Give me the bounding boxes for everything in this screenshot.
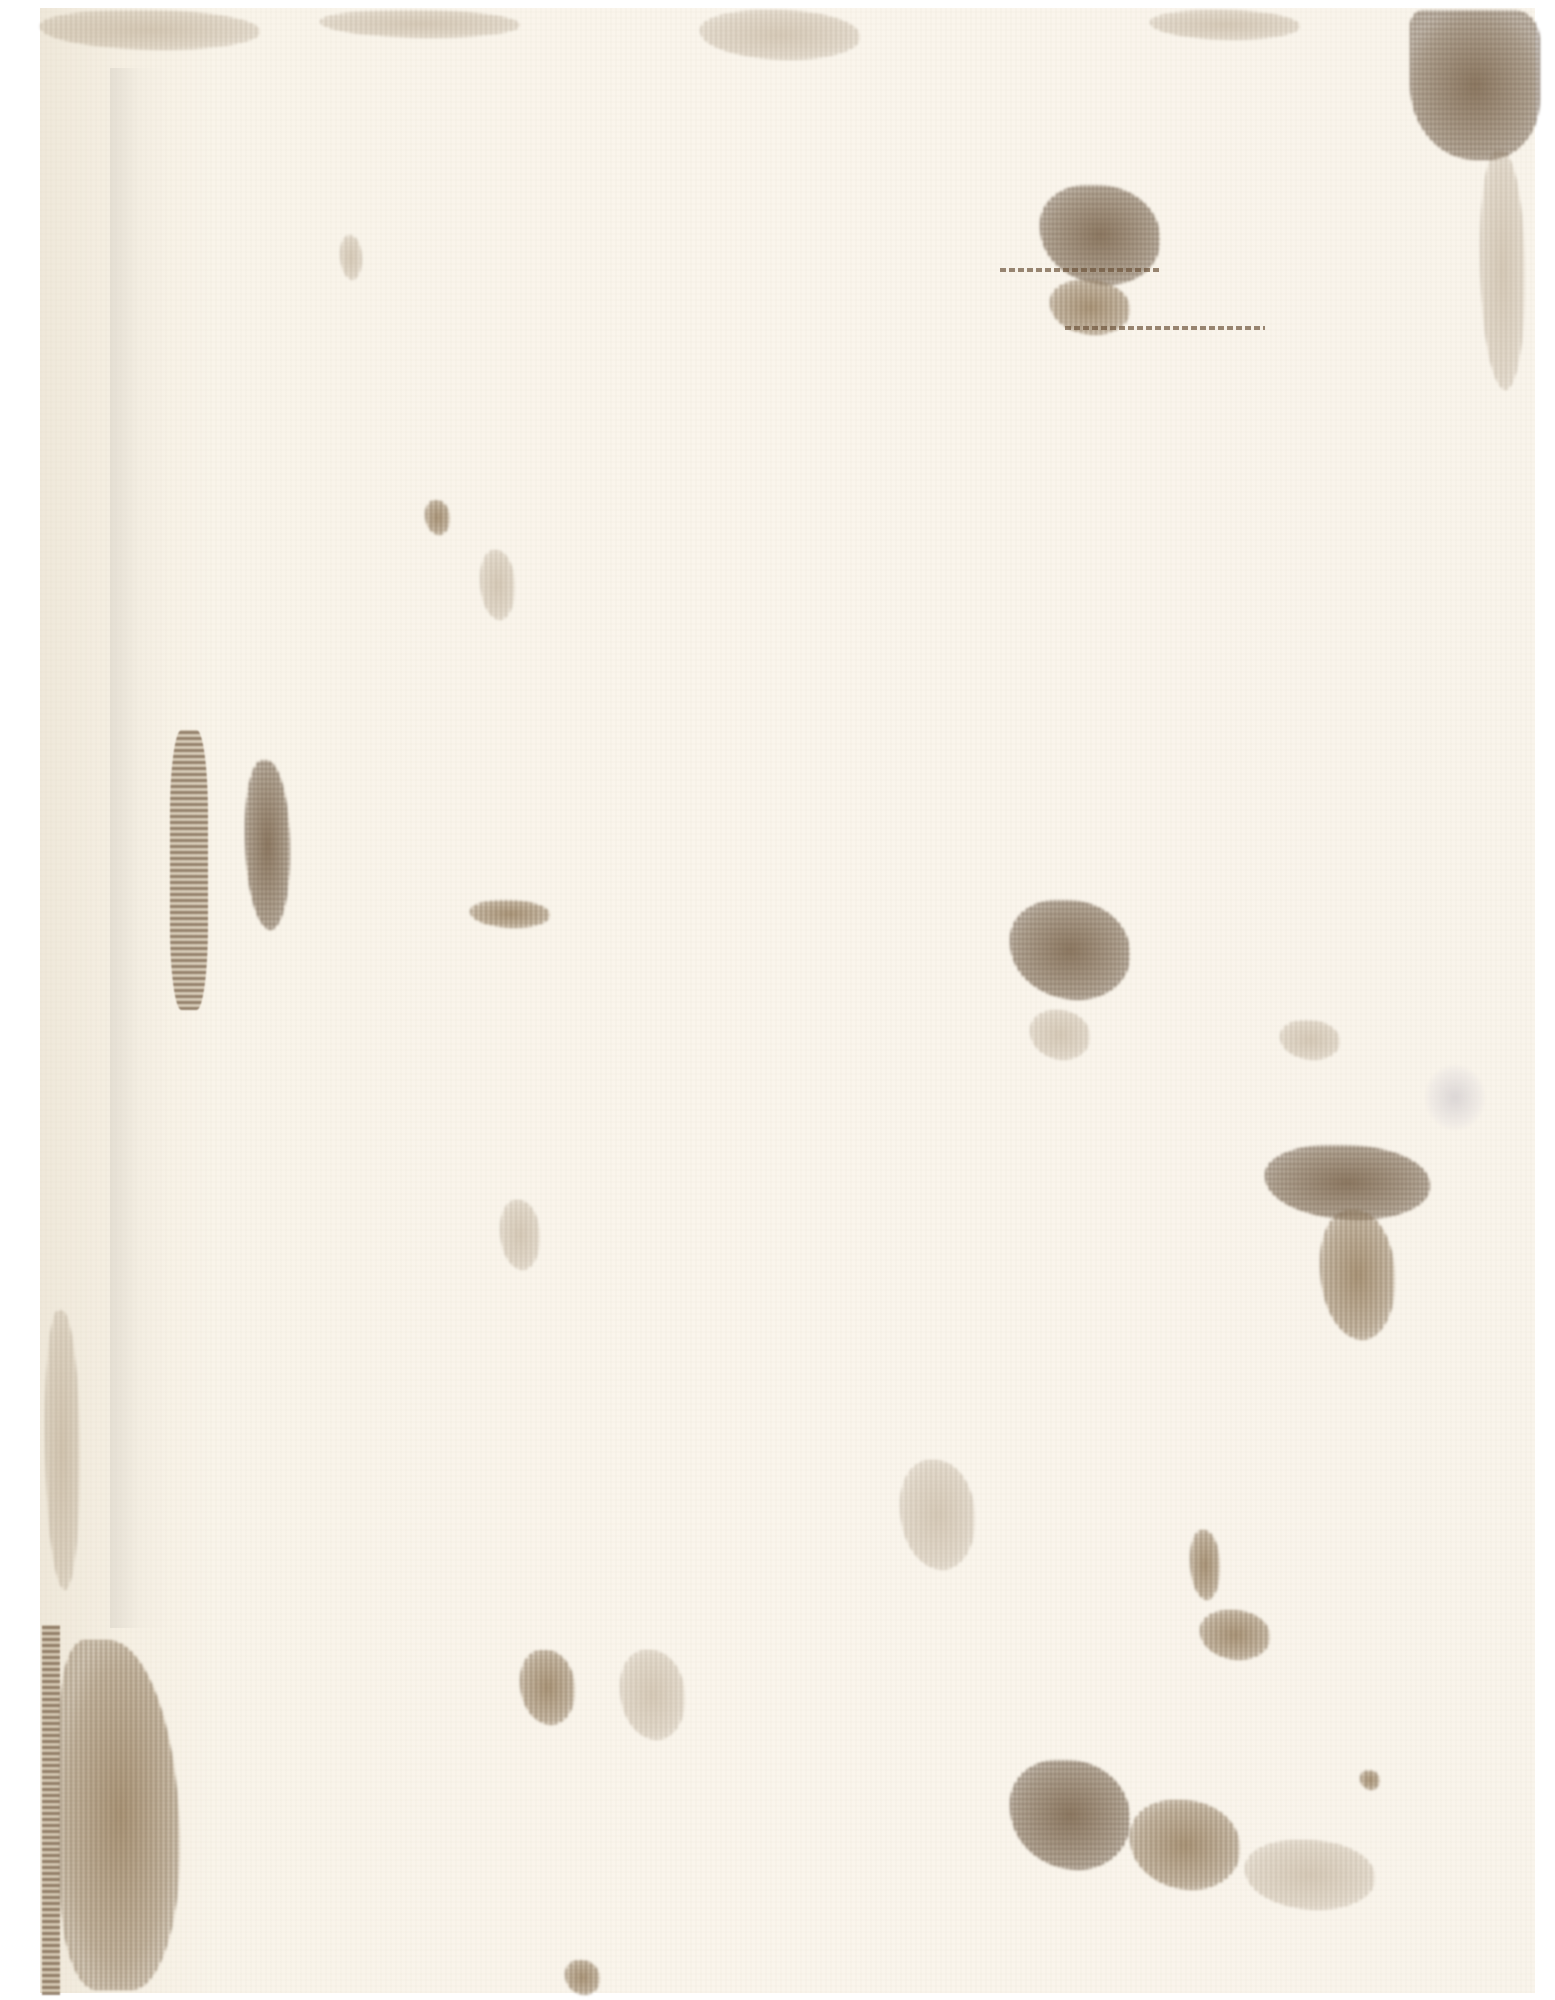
left-border-stripe — [170, 730, 208, 1010]
wear-speck — [425, 500, 450, 535]
rug-surface — [40, 8, 1535, 1993]
wear-speck — [340, 235, 362, 280]
left-border-stripe-lower — [42, 1625, 60, 1995]
left-border-fade — [110, 68, 170, 1628]
grey-stain — [1425, 1065, 1485, 1130]
pattern-line — [1000, 268, 1160, 272]
wear-speck — [1360, 1770, 1380, 1790]
corner-pattern-top-right — [1410, 10, 1540, 160]
pattern-line — [1065, 326, 1265, 330]
